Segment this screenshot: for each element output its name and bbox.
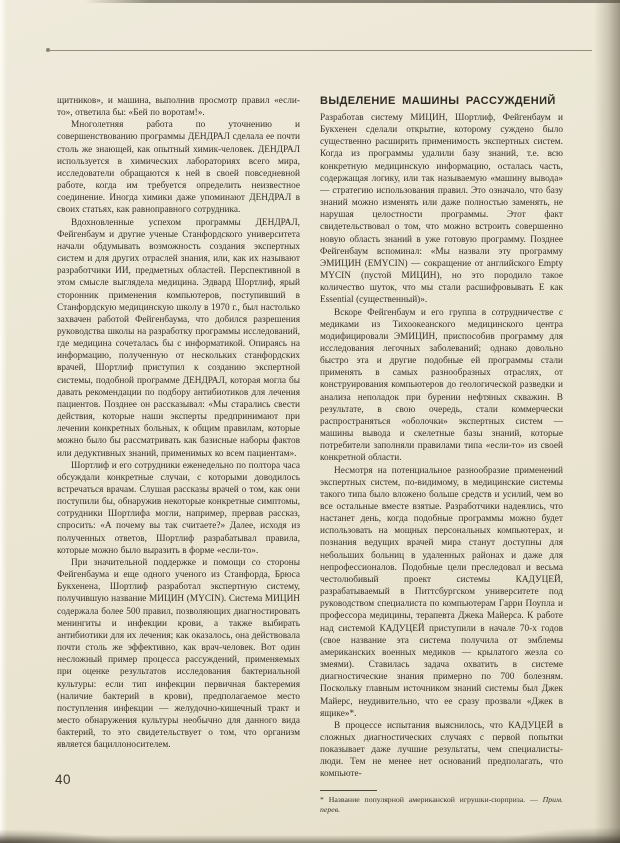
- header-rule: [49, 50, 592, 51]
- footnote-rule: [320, 790, 377, 791]
- paragraph: щитников», и машина, выполнив просмотр п…: [57, 95, 300, 119]
- paragraph: Вдохновленные успехом программы ДЕНДРАЛ,…: [57, 217, 300, 460]
- scan-edge-left: [0, 0, 7, 843]
- left-column: щитников», и машина, выполнив просмотр п…: [57, 95, 300, 815]
- right-column: ВЫДЕЛЕНИЕ МАШИНЫ РАССУЖДЕНИЙ Разработав …: [320, 95, 563, 815]
- paragraph: Несмотря на потенциальное разнообразие п…: [320, 465, 563, 720]
- book-page: щитников», и машина, выполнив просмотр п…: [0, 0, 620, 843]
- text-columns: щитников», и машина, выполнив просмотр п…: [57, 95, 563, 815]
- footnote: * Название популярной американской игруш…: [320, 790, 563, 815]
- scan-edge-right: [594, 0, 620, 843]
- paragraph: Шортлиф и его сотрудники еженедельно по …: [57, 460, 300, 557]
- paragraph: В процессе испытания выяснилось, что КАД…: [320, 720, 563, 781]
- scan-corner-bottom-left: [0, 829, 120, 843]
- paragraph: Многолетняя работа по уточнению и соверш…: [57, 119, 300, 216]
- section-heading: ВЫДЕЛЕНИЕ МАШИНЫ РАССУЖДЕНИЙ: [320, 95, 563, 108]
- page-number: 40: [55, 772, 71, 787]
- paragraph: Разработав систему МИЦИН, Шортлиф, Фейге…: [320, 112, 563, 307]
- paragraph: При значительной поддержке и помощи со с…: [57, 557, 300, 752]
- scan-corner-bottom-right: [500, 827, 620, 843]
- footnote-text: * Название популярной американской игруш…: [320, 795, 543, 804]
- paragraph: Вскоре Фейгенбаум и его группа в сотрудн…: [320, 307, 563, 465]
- scan-edge-top: [85, 0, 620, 3]
